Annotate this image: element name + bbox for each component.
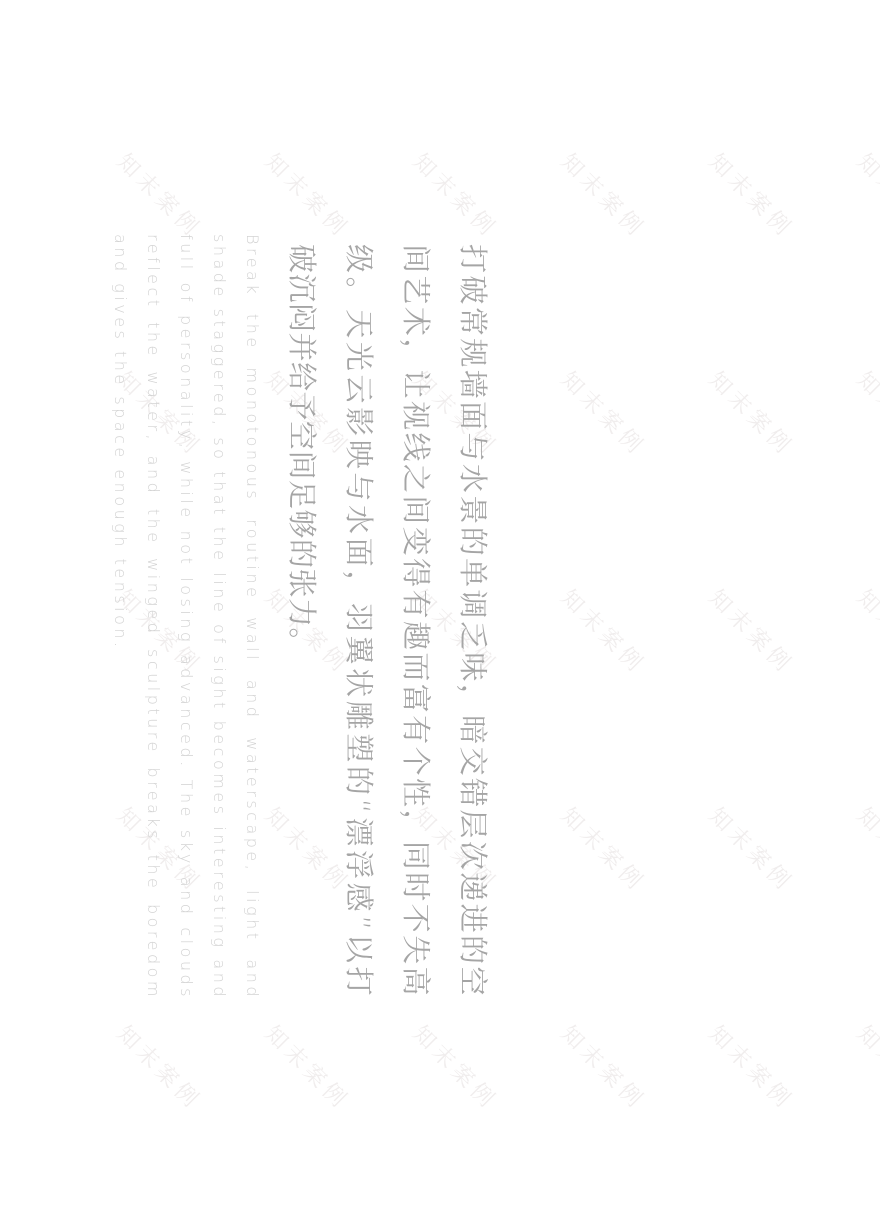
watermark: 知末案例 <box>851 146 880 244</box>
rotated-text-block: 打破常规墙面与水景的单调乏味，暗交错层次递进的空 间艺术，让视线之间变得有趣而富… <box>105 230 501 1010</box>
watermark: 知末案例 <box>851 800 880 898</box>
watermark: 知末案例 <box>703 582 801 680</box>
watermark: 知末案例 <box>555 364 653 462</box>
watermark: 知末案例 <box>703 146 801 244</box>
chinese-text-line: 打破常规墙面与水景的单调乏味，暗交错层次递进的空 <box>444 244 501 996</box>
english-paragraph: Break the monotonous routine wall and wa… <box>104 230 269 1010</box>
watermark: 知末案例 <box>555 1018 653 1116</box>
watermark: 知末案例 <box>555 146 653 244</box>
english-text-line: and gives the space enough tension. <box>104 234 137 1000</box>
english-text-line: Break the monotonous routine wall and wa… <box>236 234 269 1000</box>
watermark: 知末案例 <box>703 364 801 462</box>
watermark: 知末案例 <box>703 1018 801 1116</box>
english-text-line: reflect the water, and the winged sculpt… <box>137 234 170 1000</box>
watermark: 知末案例 <box>851 364 880 462</box>
chinese-paragraph: 打破常规墙面与水景的单调乏味，暗交错层次递进的空 间艺术，让视线之间变得有趣而富… <box>273 230 501 1010</box>
watermark: 知末案例 <box>851 1018 880 1116</box>
watermark: 知末案例 <box>703 800 801 898</box>
watermark: 知末案例 <box>851 582 880 680</box>
watermark: 知末案例 <box>555 800 653 898</box>
watermark: 知末案例 <box>555 582 653 680</box>
page: 知末案例知末案例知末案例知末案例知末案例知末案例知末案例知末案例知末案例知末案例… <box>0 0 880 1217</box>
chinese-text-line: 级。天光云影映与水面，羽翼状雕塑的“漂浮感”以打 <box>330 244 387 996</box>
watermark: 知末案例 <box>111 1018 209 1116</box>
chinese-text-line: 间艺术，让视线之间变得有趣而富有个性，同时不失高 <box>387 244 444 996</box>
english-text-line: full of personality, while not losing ad… <box>170 234 203 1000</box>
watermark: 知末案例 <box>407 1018 505 1116</box>
chinese-text-line: 破沉闷并给予空间足够的张力。 <box>273 244 330 996</box>
watermark: 知末案例 <box>259 1018 357 1116</box>
english-text-line: shade staggered, so that the line of sig… <box>203 234 236 1000</box>
